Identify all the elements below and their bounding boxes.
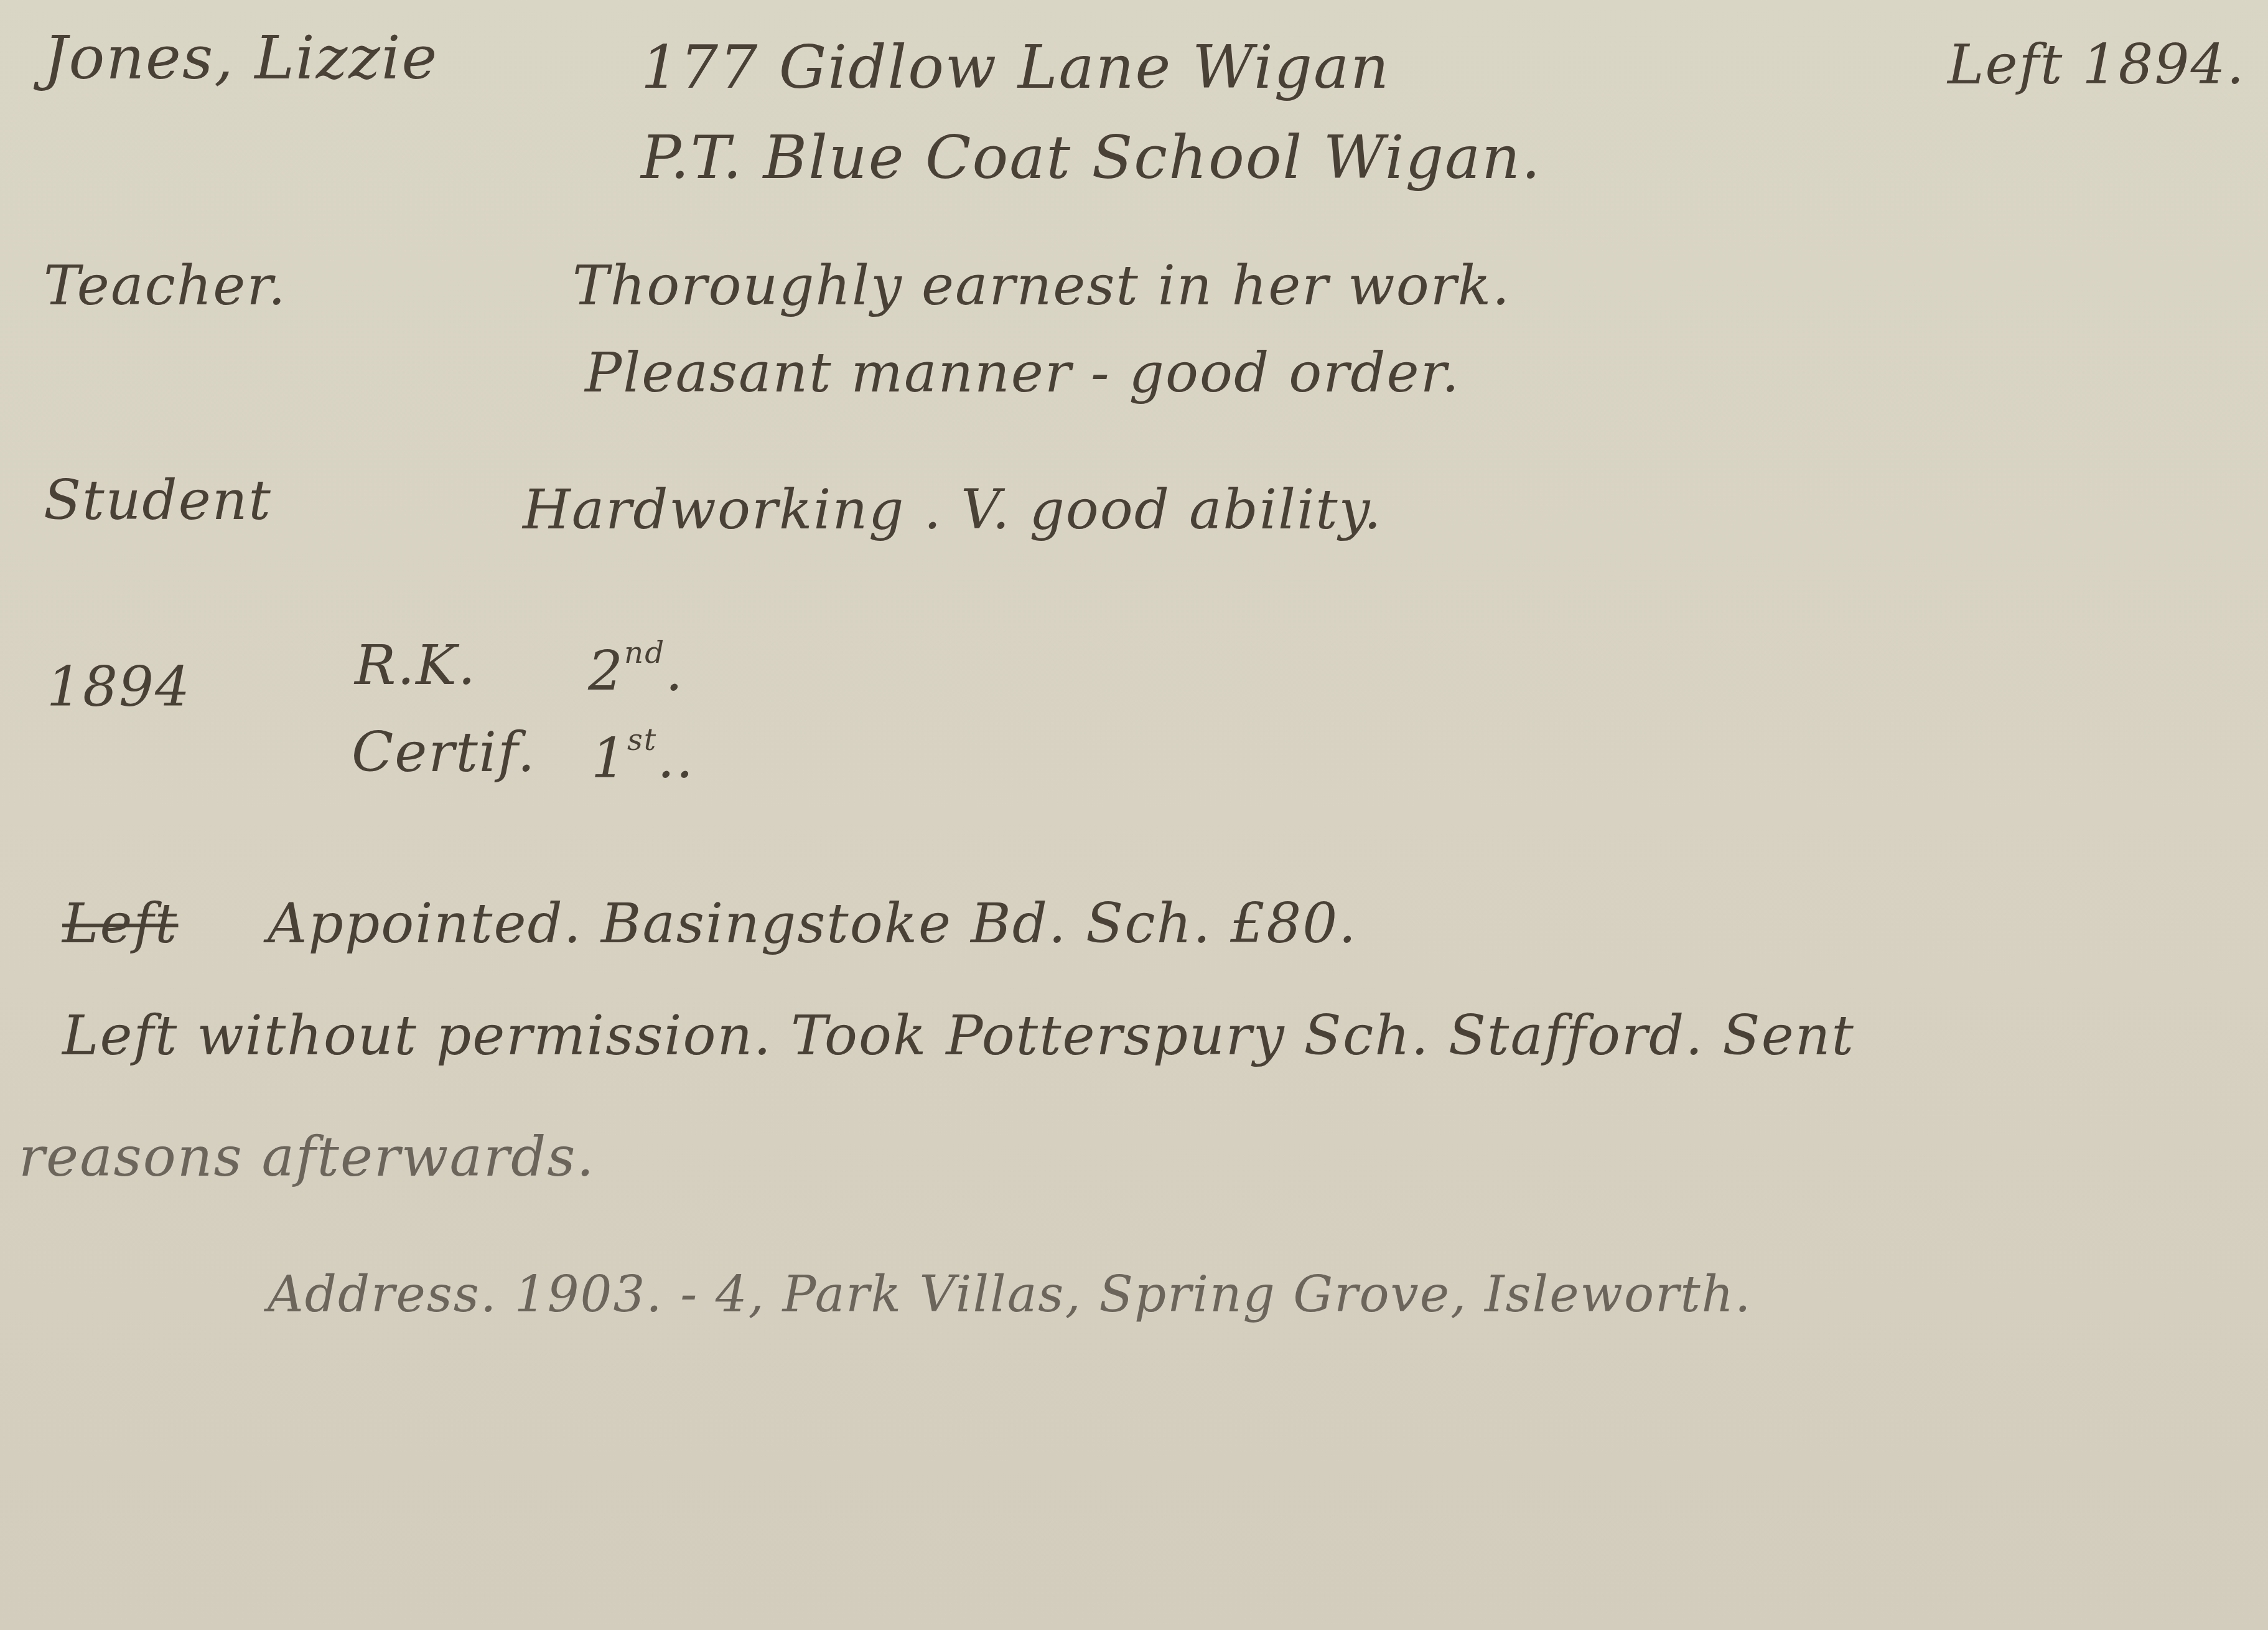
exam-subject-certif: Certif. bbox=[352, 725, 536, 780]
exam-result-dot: . bbox=[665, 639, 684, 703]
exam-result-suffix: nd bbox=[624, 635, 665, 670]
exam-subject-rk: R.K. bbox=[355, 638, 477, 693]
student-name: Jones, Lizzie bbox=[44, 28, 438, 88]
later-address: Address. 1903. - 4, Park Villas, Spring … bbox=[268, 1270, 1752, 1319]
exam-result-value: 2 bbox=[588, 639, 624, 703]
exam-year: 1894 bbox=[47, 660, 191, 714]
exam-result-certif: 1st.. bbox=[591, 725, 694, 786]
school-address: P.T. Blue Coat School Wigan. bbox=[641, 128, 1541, 187]
appointment-text: Appointed. Basingstoke Bd. Sch. £80. bbox=[268, 896, 1357, 951]
exam-result-suffix: st bbox=[627, 723, 657, 757]
exam-result-rk: 2nd. bbox=[588, 638, 684, 699]
departure-line-2: reasons afterwards. bbox=[19, 1130, 595, 1184]
record-card: Jones, Lizzie 177 Gidlow Lane Wigan P.T.… bbox=[0, 0, 2268, 1630]
student-label: Student bbox=[44, 473, 272, 528]
exam-result-dot: .. bbox=[657, 726, 694, 790]
teacher-remark-2: Pleasant manner - good order. bbox=[585, 345, 1460, 400]
left-note: Left 1894. bbox=[1948, 37, 2245, 92]
struck-word: Left bbox=[62, 896, 178, 951]
departure-line-1: Left without permission. Took Potterspur… bbox=[62, 1008, 1855, 1063]
teacher-remark-1: Thoroughly earnest in her work. bbox=[572, 258, 1511, 313]
exam-result-value: 1 bbox=[591, 726, 627, 790]
home-address: 177 Gidlow Lane Wigan bbox=[641, 37, 1390, 97]
student-remark: Hardworking . V. good ability. bbox=[523, 482, 1383, 537]
teacher-label: Teacher. bbox=[44, 258, 287, 313]
